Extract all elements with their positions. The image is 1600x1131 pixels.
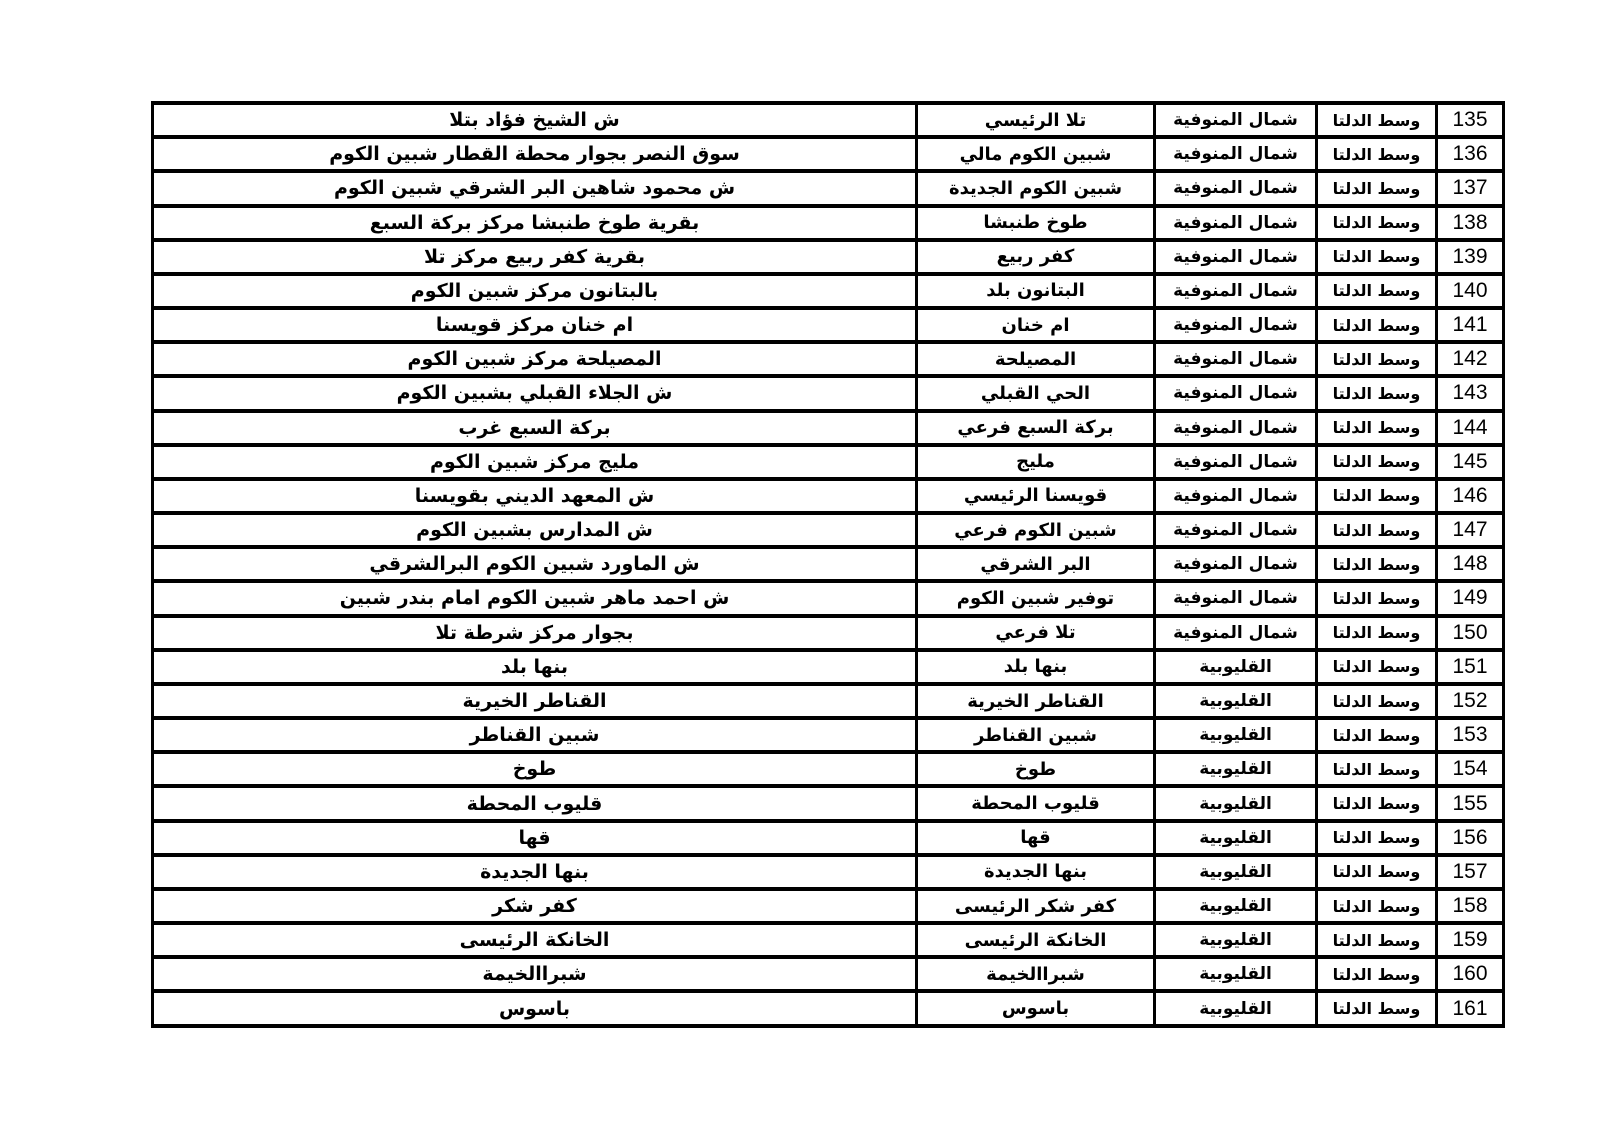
address-cell: كفر شكر xyxy=(153,889,917,923)
region-cell: وسط الدلتا xyxy=(1317,923,1437,957)
row-number-cell: 154 xyxy=(1437,752,1504,786)
table-row: 160وسط الدلتاالقليوبيةشبراالخيمةشبراالخي… xyxy=(153,957,1504,991)
branch-name-cell: مليج xyxy=(917,445,1155,479)
row-number-cell: 160 xyxy=(1437,957,1504,991)
address-cell: ش الجلاء القبلي بشبين الكوم xyxy=(153,376,917,410)
governorate-cell: شمال المنوفية xyxy=(1155,308,1317,342)
table-row: 144وسط الدلتاشمال المنوفيةبركة السبع فرع… xyxy=(153,411,1504,445)
region-cell: وسط الدلتا xyxy=(1317,411,1437,445)
region-cell: وسط الدلتا xyxy=(1317,889,1437,923)
branch-name-cell: شبين الكوم الجديدة xyxy=(917,171,1155,205)
governorate-cell: شمال المنوفية xyxy=(1155,103,1317,137)
branch-name-cell: تلا فرعي xyxy=(917,616,1155,650)
row-number-cell: 147 xyxy=(1437,513,1504,547)
row-number-cell: 153 xyxy=(1437,718,1504,752)
governorate-cell: شمال المنوفية xyxy=(1155,479,1317,513)
governorate-cell: القليوبية xyxy=(1155,991,1317,1026)
row-number-cell: 150 xyxy=(1437,616,1504,650)
governorate-cell: شمال المنوفية xyxy=(1155,513,1317,547)
address-cell: شبراالخيمة xyxy=(153,957,917,991)
region-cell: وسط الدلتا xyxy=(1317,308,1437,342)
region-cell: وسط الدلتا xyxy=(1317,718,1437,752)
row-number-cell: 148 xyxy=(1437,547,1504,581)
branch-name-cell: توفير شبين الكوم xyxy=(917,581,1155,615)
table-row: 154وسط الدلتاالقليوبيةطوخطوخ xyxy=(153,752,1504,786)
address-cell: ش الشيخ فؤاد بتلا xyxy=(153,103,917,137)
table-row: 145وسط الدلتاشمال المنوفيةمليجمليج مركز … xyxy=(153,445,1504,479)
governorate-cell: شمال المنوفية xyxy=(1155,411,1317,445)
address-cell: ش الماورد شبين الكوم البرالشرقي xyxy=(153,547,917,581)
branch-name-cell: شبراالخيمة xyxy=(917,957,1155,991)
table-row: 137وسط الدلتاشمال المنوفيةشبين الكوم الج… xyxy=(153,171,1504,205)
region-cell: وسط الدلتا xyxy=(1317,855,1437,889)
table-row: 158وسط الدلتاالقليوبيةكفر شكر الرئيسىكفر… xyxy=(153,889,1504,923)
branch-name-cell: البر الشرقي xyxy=(917,547,1155,581)
table-row: 147وسط الدلتاشمال المنوفيةشبين الكوم فرع… xyxy=(153,513,1504,547)
table-row: 139وسط الدلتاشمال المنوفيةكفر ربيعبقرية … xyxy=(153,240,1504,274)
branch-name-cell: كفر شكر الرئيسى xyxy=(917,889,1155,923)
row-number-cell: 152 xyxy=(1437,684,1504,718)
table-row: 157وسط الدلتاالقليوبيةبنها الجديدةبنها ا… xyxy=(153,855,1504,889)
address-cell: بقرية كفر ربيع مركز تلا xyxy=(153,240,917,274)
region-cell: وسط الدلتا xyxy=(1317,137,1437,171)
branch-name-cell: تلا الرئيسي xyxy=(917,103,1155,137)
address-cell: باسوس xyxy=(153,991,917,1026)
table-row: 150وسط الدلتاشمال المنوفيةتلا فرعيبجوار … xyxy=(153,616,1504,650)
table-row: 138وسط الدلتاشمال المنوفيةطوخ طنبشابقرية… xyxy=(153,206,1504,240)
branch-name-cell: الخانكة الرئيسى xyxy=(917,923,1155,957)
governorate-cell: شمال المنوفية xyxy=(1155,137,1317,171)
branch-name-cell: قليوب المحطة xyxy=(917,786,1155,820)
row-number-cell: 145 xyxy=(1437,445,1504,479)
branch-name-cell: شبين الكوم فرعي xyxy=(917,513,1155,547)
address-cell: قها xyxy=(153,821,917,855)
row-number-cell: 149 xyxy=(1437,581,1504,615)
address-cell: مليج مركز شبين الكوم xyxy=(153,445,917,479)
governorate-cell: القليوبية xyxy=(1155,821,1317,855)
row-number-cell: 146 xyxy=(1437,479,1504,513)
row-number-cell: 159 xyxy=(1437,923,1504,957)
governorate-cell: القليوبية xyxy=(1155,718,1317,752)
region-cell: وسط الدلتا xyxy=(1317,342,1437,376)
region-cell: وسط الدلتا xyxy=(1317,274,1437,308)
table-row: 156وسط الدلتاالقليوبيةقهاقها xyxy=(153,821,1504,855)
governorate-cell: شمال المنوفية xyxy=(1155,547,1317,581)
address-cell: بنها بلد xyxy=(153,650,917,684)
row-number-cell: 136 xyxy=(1437,137,1504,171)
region-cell: وسط الدلتا xyxy=(1317,206,1437,240)
governorate-cell: القليوبية xyxy=(1155,786,1317,820)
region-cell: وسط الدلتا xyxy=(1317,616,1437,650)
address-cell: ش احمد ماهر شبين الكوم امام بندر شبين xyxy=(153,581,917,615)
table-row: 161وسط الدلتاالقليوبيةباسوسباسوس xyxy=(153,991,1504,1026)
branch-name-cell: قويسنا الرئيسي xyxy=(917,479,1155,513)
address-cell: بركة السبع غرب xyxy=(153,411,917,445)
row-number-cell: 139 xyxy=(1437,240,1504,274)
branch-name-cell: القناطر الخيرية xyxy=(917,684,1155,718)
region-cell: وسط الدلتا xyxy=(1317,171,1437,205)
table-row: 141وسط الدلتاشمال المنوفيةام خنانام خنان… xyxy=(153,308,1504,342)
region-cell: وسط الدلتا xyxy=(1317,991,1437,1026)
governorate-cell: شمال المنوفية xyxy=(1155,171,1317,205)
address-cell: القناطر الخيرية xyxy=(153,684,917,718)
governorate-cell: شمال المنوفية xyxy=(1155,616,1317,650)
branch-name-cell: البتانون بلد xyxy=(917,274,1155,308)
table-row: 151وسط الدلتاالقليوبيةبنها بلدبنها بلد xyxy=(153,650,1504,684)
governorate-cell: القليوبية xyxy=(1155,923,1317,957)
branch-name-cell: باسوس xyxy=(917,991,1155,1026)
governorate-cell: القليوبية xyxy=(1155,650,1317,684)
governorate-cell: شمال المنوفية xyxy=(1155,376,1317,410)
table-body: 135وسط الدلتاشمال المنوفيةتلا الرئيسيش ا… xyxy=(153,103,1504,1026)
table-row: 149وسط الدلتاشمال المنوفيةتوفير شبين الك… xyxy=(153,581,1504,615)
row-number-cell: 161 xyxy=(1437,991,1504,1026)
governorate-cell: القليوبية xyxy=(1155,684,1317,718)
table-row: 152وسط الدلتاالقليوبيةالقناطر الخيريةالق… xyxy=(153,684,1504,718)
region-cell: وسط الدلتا xyxy=(1317,684,1437,718)
branch-name-cell: بنها بلد xyxy=(917,650,1155,684)
table-row: 146وسط الدلتاشمال المنوفيةقويسنا الرئيسي… xyxy=(153,479,1504,513)
branch-name-cell: المصيلحة xyxy=(917,342,1155,376)
region-cell: وسط الدلتا xyxy=(1317,581,1437,615)
row-number-cell: 156 xyxy=(1437,821,1504,855)
region-cell: وسط الدلتا xyxy=(1317,479,1437,513)
row-number-cell: 155 xyxy=(1437,786,1504,820)
branch-name-cell: طوخ xyxy=(917,752,1155,786)
address-cell: ام خنان مركز قويسنا xyxy=(153,308,917,342)
row-number-cell: 158 xyxy=(1437,889,1504,923)
address-cell: ش المعهد الديني بقويسنا xyxy=(153,479,917,513)
address-cell: ش المدارس بشبين الكوم xyxy=(153,513,917,547)
row-number-cell: 138 xyxy=(1437,206,1504,240)
region-cell: وسط الدلتا xyxy=(1317,786,1437,820)
table-row: 135وسط الدلتاشمال المنوفيةتلا الرئيسيش ا… xyxy=(153,103,1504,137)
row-number-cell: 141 xyxy=(1437,308,1504,342)
row-number-cell: 144 xyxy=(1437,411,1504,445)
table-row: 155وسط الدلتاالقليوبيةقليوب المحطةقليوب … xyxy=(153,786,1504,820)
region-cell: وسط الدلتا xyxy=(1317,957,1437,991)
row-number-cell: 135 xyxy=(1437,103,1504,137)
governorate-cell: القليوبية xyxy=(1155,855,1317,889)
address-cell: بقرية طوخ طنبشا مركز بركة السبع xyxy=(153,206,917,240)
address-cell: ش محمود شاهين البر الشرقي شبين الكوم xyxy=(153,171,917,205)
branch-name-cell: كفر ربيع xyxy=(917,240,1155,274)
document-page: { "colors": { "background": "#ffffff", "… xyxy=(0,0,1600,1131)
address-cell: بجوار مركز شرطة تلا xyxy=(153,616,917,650)
table-row: 159وسط الدلتاالقليوبيةالخانكة الرئيسىالخ… xyxy=(153,923,1504,957)
branch-name-cell: الحي القبلي xyxy=(917,376,1155,410)
branch-name-cell: شبين الكوم مالي xyxy=(917,137,1155,171)
row-number-cell: 137 xyxy=(1437,171,1504,205)
branch-name-cell: شبين القناطر xyxy=(917,718,1155,752)
row-number-cell: 142 xyxy=(1437,342,1504,376)
region-cell: وسط الدلتا xyxy=(1317,821,1437,855)
table-row: 140وسط الدلتاشمال المنوفيةالبتانون بلدبا… xyxy=(153,274,1504,308)
governorate-cell: القليوبية xyxy=(1155,957,1317,991)
region-cell: وسط الدلتا xyxy=(1317,650,1437,684)
region-cell: وسط الدلتا xyxy=(1317,445,1437,479)
region-cell: وسط الدلتا xyxy=(1317,513,1437,547)
address-cell: طوخ xyxy=(153,752,917,786)
row-number-cell: 140 xyxy=(1437,274,1504,308)
table-row: 142وسط الدلتاشمال المنوفيةالمصيلحةالمصيل… xyxy=(153,342,1504,376)
governorate-cell: شمال المنوفية xyxy=(1155,240,1317,274)
governorate-cell: شمال المنوفية xyxy=(1155,581,1317,615)
row-number-cell: 151 xyxy=(1437,650,1504,684)
branch-name-cell: بركة السبع فرعي xyxy=(917,411,1155,445)
governorate-cell: شمال المنوفية xyxy=(1155,342,1317,376)
address-cell: قليوب المحطة xyxy=(153,786,917,820)
region-cell: وسط الدلتا xyxy=(1317,240,1437,274)
governorate-cell: شمال المنوفية xyxy=(1155,445,1317,479)
table-row: 143وسط الدلتاشمال المنوفيةالحي القبليش ا… xyxy=(153,376,1504,410)
branch-name-cell: ام خنان xyxy=(917,308,1155,342)
branch-name-cell: بنها الجديدة xyxy=(917,855,1155,889)
address-cell: الخانكة الرئيسى xyxy=(153,923,917,957)
table-row: 148وسط الدلتاشمال المنوفيةالبر الشرقيش ا… xyxy=(153,547,1504,581)
address-cell: بالبتانون مركز شبين الكوم xyxy=(153,274,917,308)
table-row: 136وسط الدلتاشمال المنوفيةشبين الكوم مال… xyxy=(153,137,1504,171)
address-cell: سوق النصر بجوار محطة القطار شبين الكوم xyxy=(153,137,917,171)
row-number-cell: 157 xyxy=(1437,855,1504,889)
region-cell: وسط الدلتا xyxy=(1317,752,1437,786)
row-number-cell: 143 xyxy=(1437,376,1504,410)
branch-name-cell: طوخ طنبشا xyxy=(917,206,1155,240)
table-row: 153وسط الدلتاالقليوبيةشبين القناطرشبين ا… xyxy=(153,718,1504,752)
region-cell: وسط الدلتا xyxy=(1317,547,1437,581)
region-cell: وسط الدلتا xyxy=(1317,376,1437,410)
governorate-cell: شمال المنوفية xyxy=(1155,274,1317,308)
region-cell: وسط الدلتا xyxy=(1317,103,1437,137)
branch-name-cell: قها xyxy=(917,821,1155,855)
governorate-cell: القليوبية xyxy=(1155,752,1317,786)
address-cell: بنها الجديدة xyxy=(153,855,917,889)
branch-list-table: 135وسط الدلتاشمال المنوفيةتلا الرئيسيش ا… xyxy=(151,101,1505,1028)
address-cell: المصيلحة مركز شبين الكوم xyxy=(153,342,917,376)
address-cell: شبين القناطر xyxy=(153,718,917,752)
governorate-cell: القليوبية xyxy=(1155,889,1317,923)
governorate-cell: شمال المنوفية xyxy=(1155,206,1317,240)
